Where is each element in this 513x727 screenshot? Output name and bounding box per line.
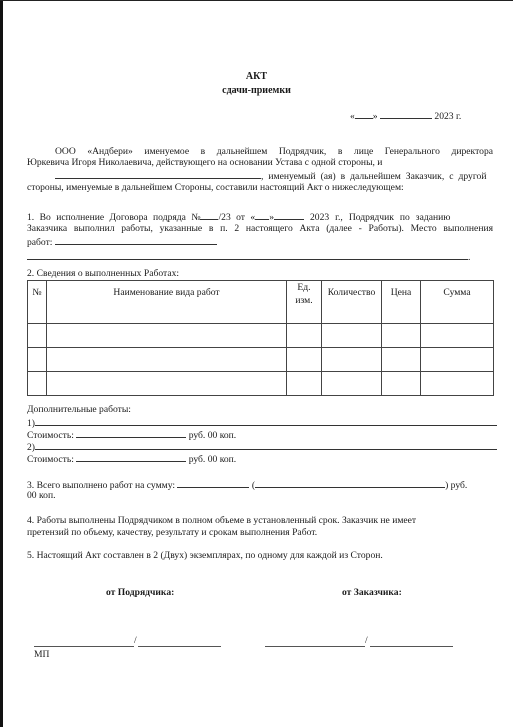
additional-work-2-blank[interactable] bbox=[35, 440, 497, 450]
customer-signature-label: от Заказчика: bbox=[342, 587, 402, 598]
cell-sum[interactable] bbox=[421, 372, 494, 396]
clause-5: 5. Настоящий Акт составлен в 2 (Двух) эк… bbox=[27, 550, 383, 561]
customer-name-line[interactable] bbox=[370, 646, 453, 647]
works-table-header-row: № Наименование вида работ Ед. изм. Колич… bbox=[28, 281, 494, 324]
col-header-unit: Ед. изм. bbox=[287, 281, 322, 324]
cell-quantity[interactable] bbox=[322, 372, 382, 396]
clause-1-line-2: Заказчика выполнил работы, указанные в п… bbox=[27, 223, 493, 234]
contractor-signature-line[interactable] bbox=[34, 646, 134, 647]
date-close-quote: » bbox=[373, 111, 378, 122]
cell-sum[interactable] bbox=[421, 324, 494, 348]
cell-work-name[interactable] bbox=[47, 324, 287, 348]
customer-signature-line[interactable] bbox=[265, 646, 365, 647]
clause-1-period: . bbox=[468, 252, 470, 263]
cost-2-blank[interactable] bbox=[76, 452, 186, 462]
clause-1: 1. Во исполнение Договора подряда №/23 о… bbox=[27, 210, 493, 263]
preamble-line-1: ООО «Андбери» именуемое в дальнейшем Под… bbox=[27, 146, 493, 157]
document-subtitle: сдачи-приемки bbox=[0, 85, 513, 96]
clause-1-text-b: /23 от « bbox=[218, 212, 255, 223]
preamble-line-3: , именуемый (ая) в дальнейшем Заказчик, … bbox=[27, 169, 493, 182]
preamble-line-3-text: , именуемый (ая) в дальнейшем Заказчик, … bbox=[261, 171, 486, 182]
col-header-unit-line2: изм. bbox=[287, 294, 321, 307]
col-header-price: Цена bbox=[382, 281, 421, 324]
cell-price[interactable] bbox=[382, 372, 421, 396]
page-left-border bbox=[0, 0, 3, 727]
cost-suffix: руб. 00 коп. bbox=[189, 454, 237, 465]
cell-unit[interactable] bbox=[287, 372, 322, 396]
col-header-number: № bbox=[28, 281, 47, 324]
customer-name-blank[interactable] bbox=[55, 169, 261, 179]
page-top-border bbox=[0, 0, 513, 1]
table-row bbox=[28, 324, 494, 348]
table-row bbox=[28, 348, 494, 372]
col-header-unit-line1: Ед. bbox=[287, 281, 321, 294]
cell-work-name[interactable] bbox=[47, 348, 287, 372]
contractor-signature-label: от Подрядчика: bbox=[106, 587, 174, 598]
total-sum-words-blank[interactable] bbox=[255, 478, 445, 488]
cell-number[interactable] bbox=[28, 324, 47, 348]
additional-works-heading: Дополнительные работы: bbox=[27, 404, 131, 415]
clause-1-text-a: 1. Во исполнение Договора подряда № bbox=[27, 212, 200, 223]
clause-1-text-d: 2023 г., Подрядчик по заданию bbox=[304, 212, 450, 223]
date-year: 2023 г. bbox=[434, 111, 461, 122]
cell-sum[interactable] bbox=[421, 348, 494, 372]
col-header-quantity: Количество bbox=[322, 281, 382, 324]
cell-work-name[interactable] bbox=[47, 372, 287, 396]
cell-quantity[interactable] bbox=[322, 348, 382, 372]
col-header-sum: Сумма bbox=[421, 281, 494, 324]
cell-unit[interactable] bbox=[287, 324, 322, 348]
clause-4-line-1: 4. Работы выполнены Подрядчиком в полном… bbox=[27, 515, 416, 526]
cell-number[interactable] bbox=[28, 372, 47, 396]
clause-4-line-2: претензий по объему, качеству, результат… bbox=[27, 527, 317, 538]
clause-1-line-4: . bbox=[27, 250, 493, 263]
close-paren-rub: ) руб. bbox=[445, 480, 467, 491]
cost-label: Стоимость: bbox=[27, 454, 74, 465]
cell-number[interactable] bbox=[28, 348, 47, 372]
contractor-name-line[interactable] bbox=[138, 646, 221, 647]
work-place-blank-2[interactable] bbox=[27, 250, 468, 260]
preamble-line-2: Юркевича Игоря Николаевича, действующего… bbox=[27, 157, 493, 168]
cell-price[interactable] bbox=[382, 348, 421, 372]
stamp-label: МП bbox=[34, 649, 49, 660]
col-header-work-name: Наименование вида работ bbox=[47, 281, 287, 324]
work-place-label: работ: bbox=[27, 237, 52, 248]
cell-unit[interactable] bbox=[287, 348, 322, 372]
contract-number-blank[interactable] bbox=[200, 210, 218, 220]
work-place-blank[interactable] bbox=[55, 235, 217, 245]
additional-work-1-blank[interactable] bbox=[35, 416, 497, 426]
cell-quantity[interactable] bbox=[322, 324, 382, 348]
date-line: «» 2023 г. bbox=[350, 109, 461, 122]
clause-3-line-2: 00 коп. bbox=[27, 490, 56, 501]
month-blank[interactable] bbox=[380, 109, 432, 119]
total-sum-blank[interactable] bbox=[177, 478, 249, 488]
additional-work-2-cost: Стоимость: руб. 00 коп. bbox=[27, 452, 236, 465]
clause-2-heading: 2. Сведения о выполненных Работах: bbox=[27, 268, 179, 279]
preamble: ООО «Андбери» именуемое в дальнейшем Под… bbox=[27, 146, 493, 193]
customer-signature-slash: / bbox=[365, 635, 368, 646]
document-title: АКТ bbox=[0, 71, 513, 82]
clause-3-line-1: 3. Всего выполнено работ на сумму: () ру… bbox=[27, 478, 467, 491]
cell-price[interactable] bbox=[382, 324, 421, 348]
table-row bbox=[28, 372, 494, 396]
cost-1-blank[interactable] bbox=[76, 428, 186, 438]
day-blank[interactable] bbox=[355, 109, 373, 119]
contractor-signature-slash: / bbox=[134, 635, 137, 646]
clause-1-line-1: 1. Во исполнение Договора подряда №/23 о… bbox=[27, 210, 493, 223]
clause-1-line-3: работ: bbox=[27, 235, 493, 248]
contract-month-blank[interactable] bbox=[274, 210, 304, 220]
contract-day-blank[interactable] bbox=[255, 210, 269, 220]
works-table: № Наименование вида работ Ед. изм. Колич… bbox=[27, 280, 494, 396]
preamble-line-4: стороны, именуемые в дальнейшем Стороны,… bbox=[27, 182, 493, 193]
